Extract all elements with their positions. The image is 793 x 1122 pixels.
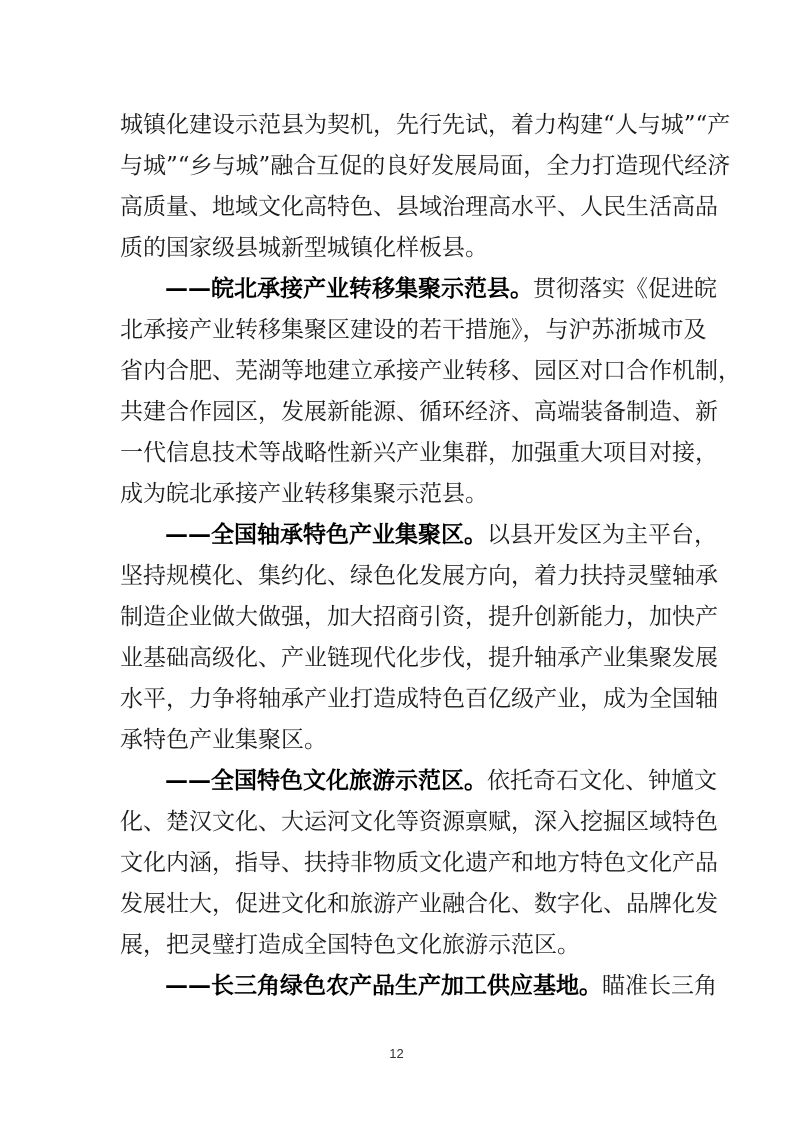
body-line: 坚持规模化、集约化、绿色化发展方向，着力扶持灵璧轴承 (120, 561, 672, 591)
body-line: 与城”“乡与城”融合互促的良好发展局面，全力打造现代经济 (120, 151, 672, 181)
section-heading-line: ——全国特色文化旅游示范区。依托奇石文化、钟馗文 (165, 766, 672, 796)
body-line: 省内合肥、芜湖等地建立承接产业转移、园区对口合作机制， (120, 356, 672, 386)
section-heading: ——全国轴承特色产业集聚区。 (165, 521, 487, 548)
body-line: 城镇化建设示范县为契机，先行先试，着力构建“人与城”“产 (120, 110, 672, 140)
body-text: 以县开发区为主平台， (487, 522, 717, 548)
body-line: 一代信息技术等战略性新兴产业集群，加强重大项目对接， (120, 438, 672, 468)
document-page: 城镇化建设示范县为契机，先行先试，着力构建“人与城”“产 与城”“乡与城”融合互… (0, 0, 793, 1122)
section-heading-line: ——皖北承接产业转移集聚示范县。贯彻落实《促进皖 (165, 274, 672, 304)
body-line: 质的国家级县城新型城镇化样板县。 (120, 233, 672, 263)
body-text: 瞄准长三角 (602, 973, 717, 999)
section-heading-line: ——长三角绿色农产品生产加工供应基地。瞄准长三角 (165, 971, 672, 1001)
body-line: 文化内涵，指导、扶持非物质文化遗产和地方特色文化产品 (120, 848, 672, 878)
body-line: 业基础高级化、产业链现代化步伐，提升轴承产业集聚发展 (120, 643, 672, 673)
section-heading: ——全国特色文化旅游示范区。 (165, 767, 487, 794)
body-line: 高质量、地域文化高特色、县域治理高水平、人民生活高品 (120, 192, 672, 222)
section-heading: ——皖北承接产业转移集聚示范县。 (165, 275, 533, 302)
body-line: 成为皖北承接产业转移集聚示范县。 (120, 479, 672, 509)
body-line: 制造企业做大做强，加大招商引资，提升创新能力，加快产 (120, 602, 672, 632)
body-line: 北承接产业转移集聚区建设的若干措施》，与沪苏浙城市及 (120, 315, 672, 345)
section-heading-line: ——全国轴承特色产业集聚区。以县开发区为主平台， (165, 520, 672, 550)
section-heading: ——长三角绿色农产品生产加工供应基地。 (165, 972, 602, 999)
body-line: 发展壮大，促进文化和旅游产业融合化、数字化、品牌化发 (120, 889, 672, 919)
body-line: 化、楚汉文化、大运河文化等资源禀赋，深入挖掘区域特色 (120, 807, 672, 837)
body-text: 贯彻落实《促进皖 (533, 276, 717, 302)
body-line: 共建合作园区，发展新能源、循环经济、高端装备制造、新 (120, 397, 672, 427)
page-number: 12 (0, 1046, 793, 1061)
body-text: 依托奇石文化、钟馗文 (487, 768, 717, 794)
body-line: 水平，力争将轴承产业打造成特色百亿级产业，成为全国轴 (120, 684, 672, 714)
body-line: 展，把灵璧打造成全国特色文化旅游示范区。 (120, 930, 672, 960)
body-line: 承特色产业集聚区。 (120, 725, 672, 755)
